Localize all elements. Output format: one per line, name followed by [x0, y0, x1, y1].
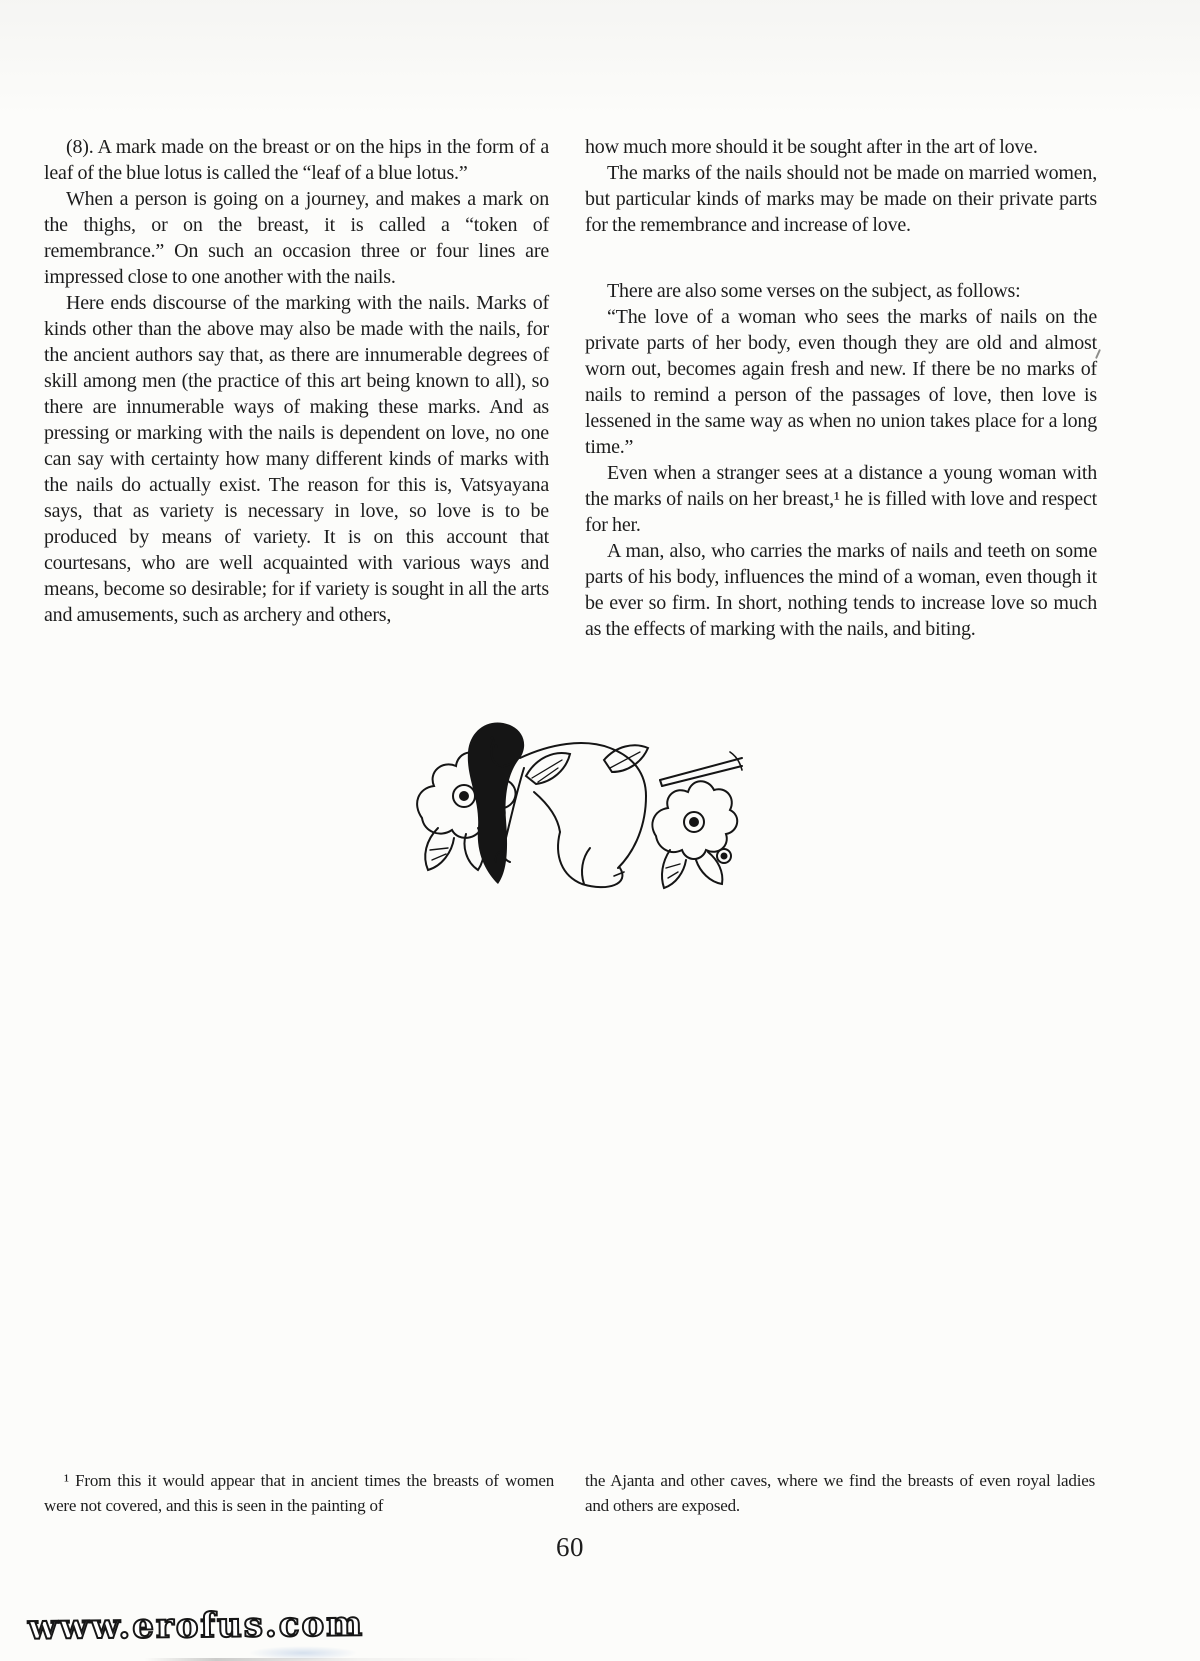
body-paragraph: (8). A mark made on the breast or on the…: [44, 134, 549, 186]
body-paragraph: The marks of the nails should not be mad…: [585, 160, 1097, 238]
right-text-column: how much more should it be sought after …: [585, 134, 1097, 642]
leaf-sprays: [526, 745, 648, 784]
body-paragraph: A man, also, who carries the marks of na…: [585, 538, 1097, 642]
body-paragraph: There are also some verses on the subjec…: [585, 278, 1097, 304]
footnote-left: ¹ From this it would appear that in anci…: [44, 1468, 554, 1518]
body-paragraph: Even when a stranger sees at a distance …: [585, 460, 1097, 538]
left-text-column: (8). A mark made on the breast or on the…: [44, 134, 549, 628]
body-paragraph: When a person is going on a journey, and…: [44, 186, 549, 290]
scan-tint: [0, 0, 1200, 120]
body-paragraph: how much more should it be sought after …: [585, 134, 1097, 160]
body-paragraph: Here ends discourse of the marking with …: [44, 290, 549, 628]
flower-cluster-right: [652, 781, 737, 888]
book-page: (8). A mark made on the breast or on the…: [0, 0, 1200, 1661]
page-number: 60: [0, 1532, 1140, 1563]
footnote-right: the Ajanta and other caves, where we fin…: [585, 1468, 1095, 1518]
book-illustration: [408, 700, 744, 898]
site-watermark: www.erofus.com: [28, 1604, 365, 1648]
body-paragraph: “The love of a woman who sees the marks …: [585, 304, 1097, 460]
